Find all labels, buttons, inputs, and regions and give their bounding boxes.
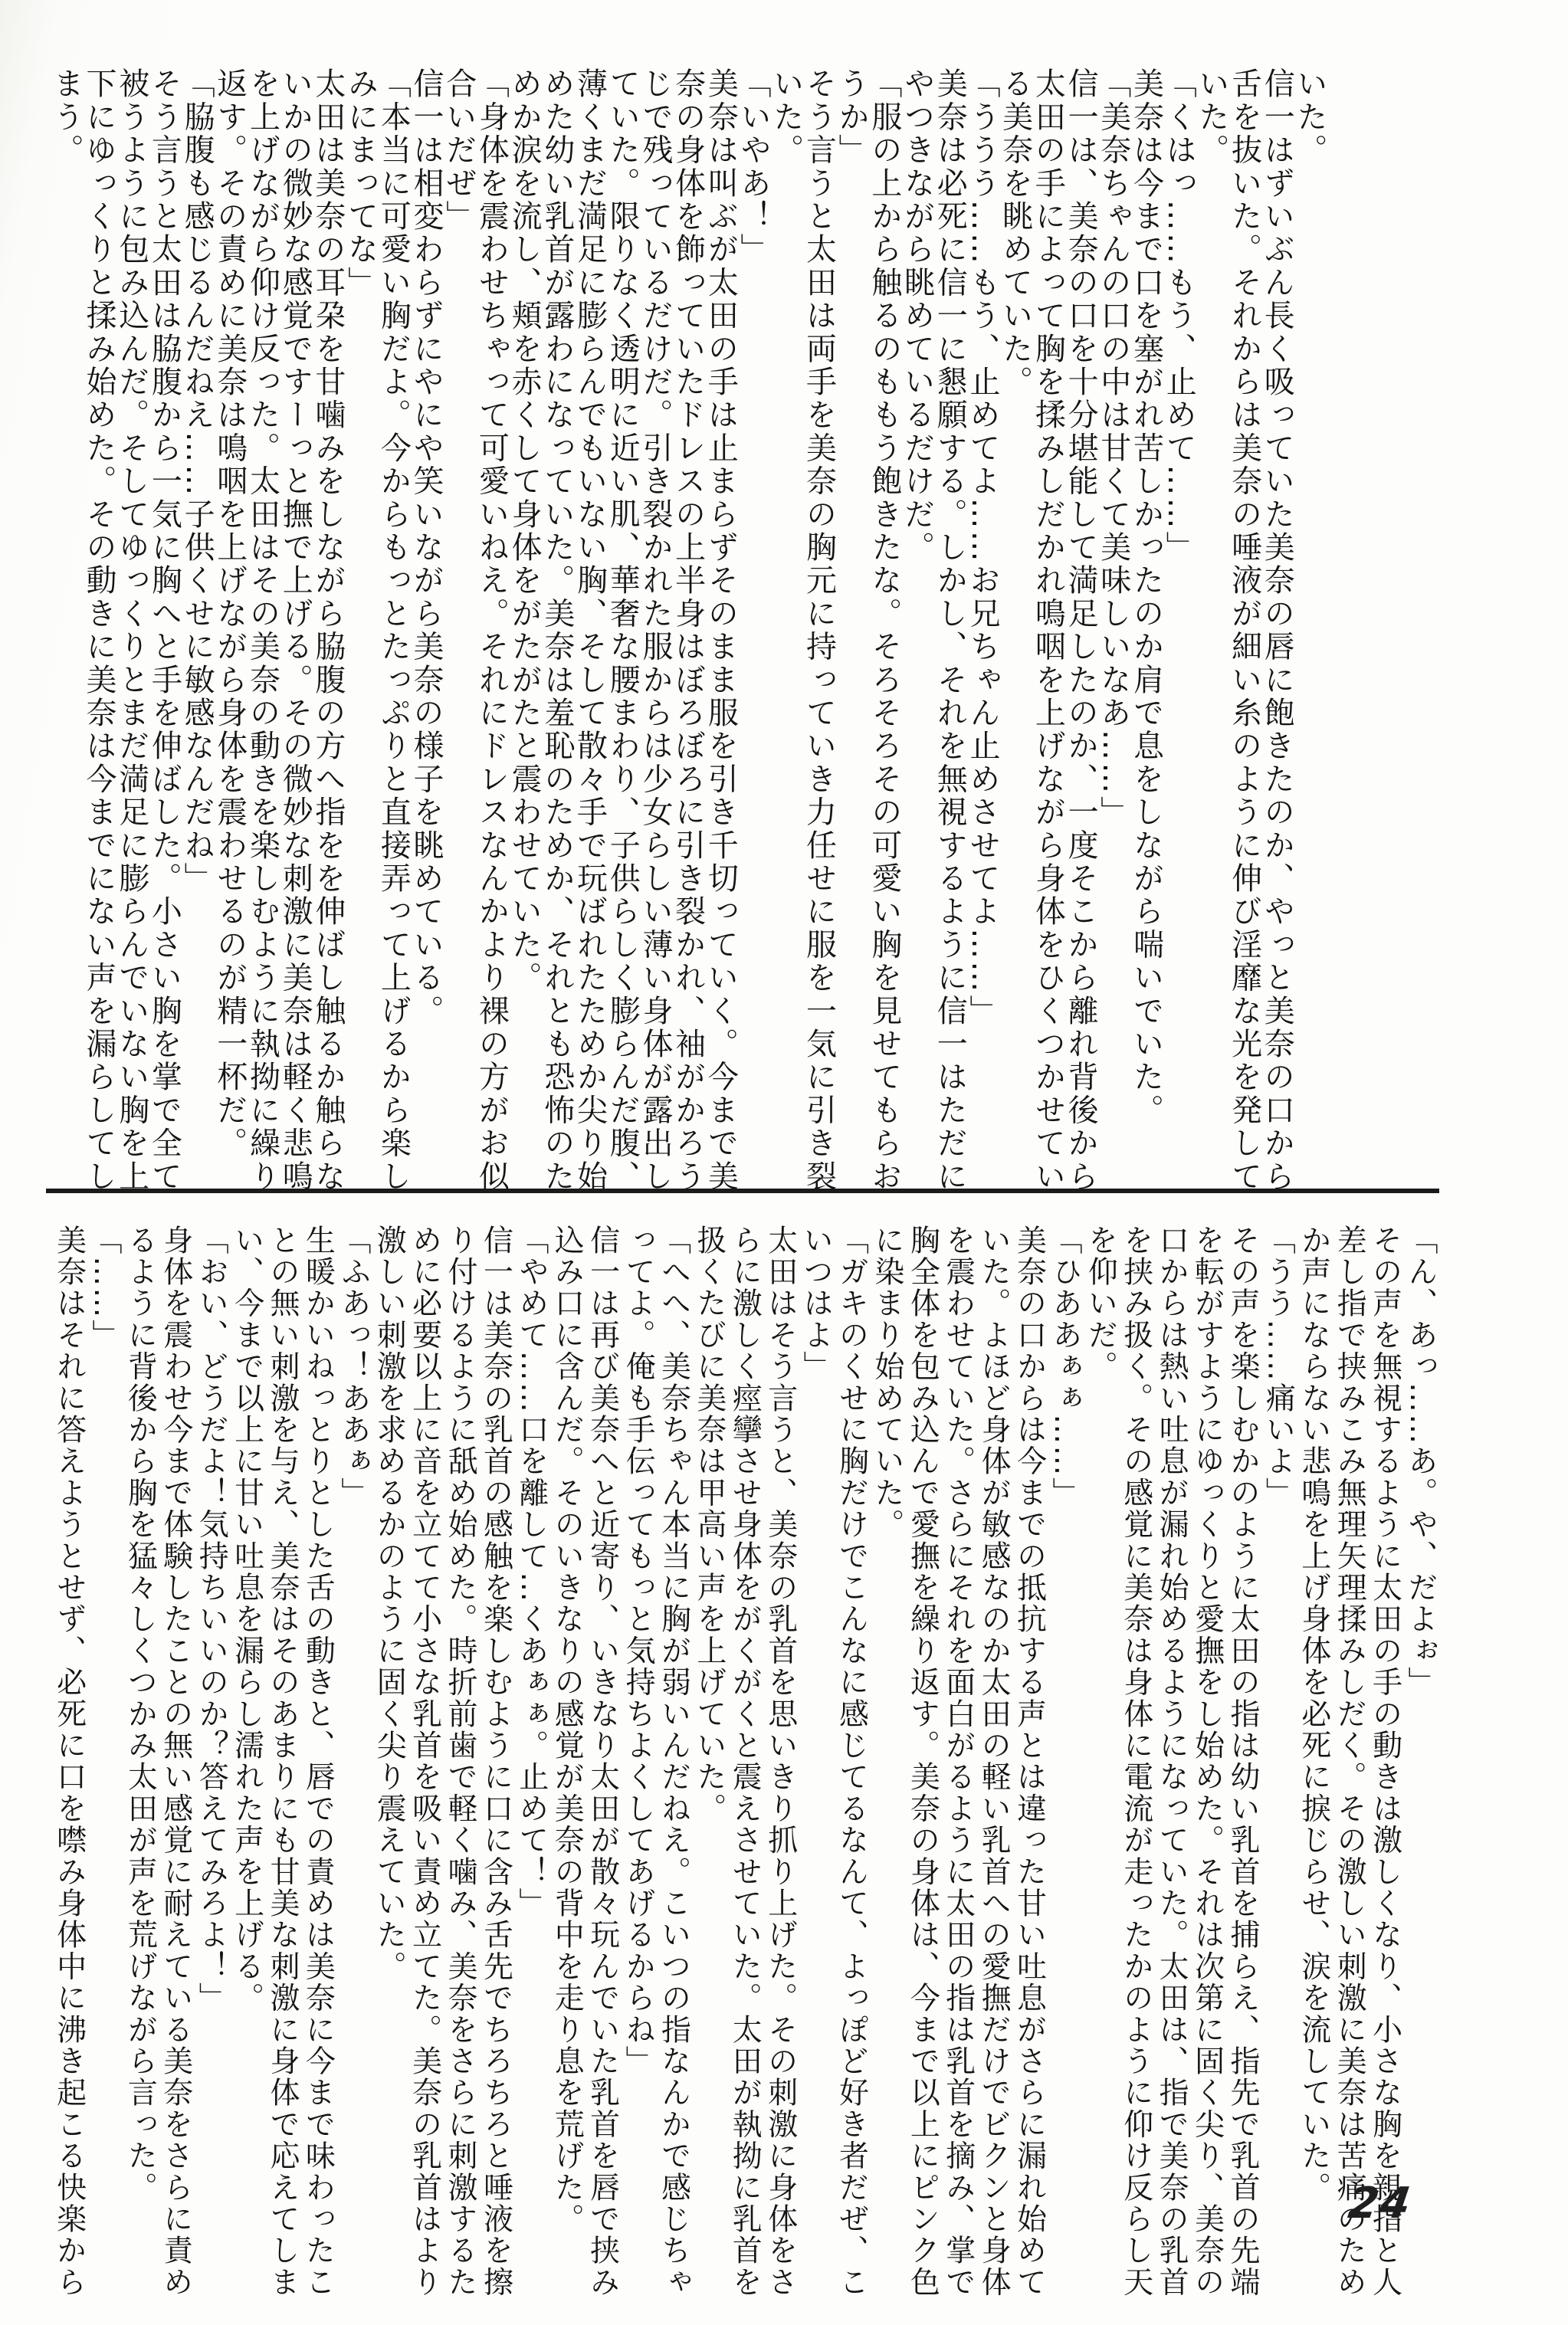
scanned-page: いた。 信一はずいぶん長く吸っていた美奈の唇に飽きたのか、やっと美奈の口から舌を… bbox=[0, 0, 1568, 2325]
novel-text-top: いた。 信一はずいぶん長く吸っていた美奈の唇に飽きたのか、やっと美奈の口から舌を… bbox=[49, 67, 1326, 1203]
novel-text-bottom: 「ん、あっ……あ。や、だよぉ」 その声を無視するように太田の手の動きは激しくなり… bbox=[49, 1225, 1438, 2304]
block-divider-rule bbox=[46, 1189, 1439, 1193]
page-number: 24 bbox=[1345, 2179, 1415, 2228]
